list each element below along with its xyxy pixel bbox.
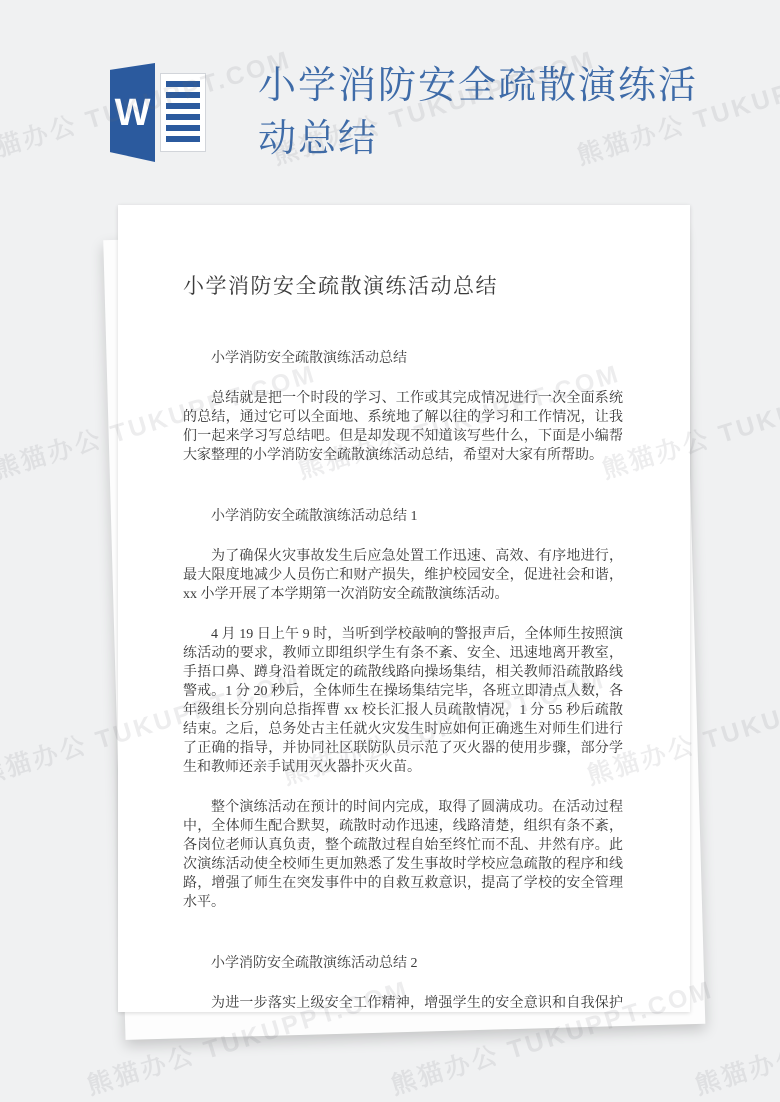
document-subheading: 小学消防安全疏散演练活动总结 — [183, 349, 623, 368]
document-subheading: 小学消防安全疏散演练活动总结 1 — [183, 507, 623, 526]
word-icon-text-lines — [166, 81, 200, 144]
page-title: 小学消防安全疏散演练活动总结 — [258, 60, 703, 166]
document-heading: 小学消防安全疏散演练活动总结 — [183, 272, 623, 301]
word-icon-letter: W — [115, 94, 151, 132]
document-body: 小学消防安全疏散演练活动总结总结就是把一个时段的学习、工作或其完成情况进行一次全… — [183, 349, 623, 1012]
document-subheading: 小学消防安全疏散演练活动总结 2 — [183, 954, 623, 973]
document-paragraph: 4 月 19 日上午 9 时，当听到学校敲响的警报声后，全体师生按照演练活动的要… — [183, 625, 623, 777]
word-icon-cover: W — [110, 63, 155, 162]
document-paragraph: 为进一步落实上级安全工作精神，增强学生的安全意识和自我保护能力，营造全校教职员工… — [183, 994, 623, 1012]
document-paragraph: 整个演练活动在预计的时间内完成，取得了圆满成功。在活动过程中，全体师生配合默契，… — [183, 798, 623, 912]
word-icon-page — [160, 73, 206, 152]
document-paragraph: 总结就是把一个时段的学习、工作或其完成情况进行一次全面系统的总结，通过它可以全面… — [183, 389, 623, 465]
document-paragraph: 为了确保火灾事故发生后应急处置工作迅速、高效、有序地进行，最大限度地减少人员伤亡… — [183, 547, 623, 604]
document-page: 小学消防安全疏散演练活动总结 小学消防安全疏散演练活动总结总结就是把一个时段的学… — [118, 205, 690, 1012]
word-icon: W — [110, 63, 206, 162]
preview-background: W 小学消防安全疏散演练活动总结 小学消防安全疏散演练活动总结 小学消防安全疏散… — [0, 0, 780, 1102]
